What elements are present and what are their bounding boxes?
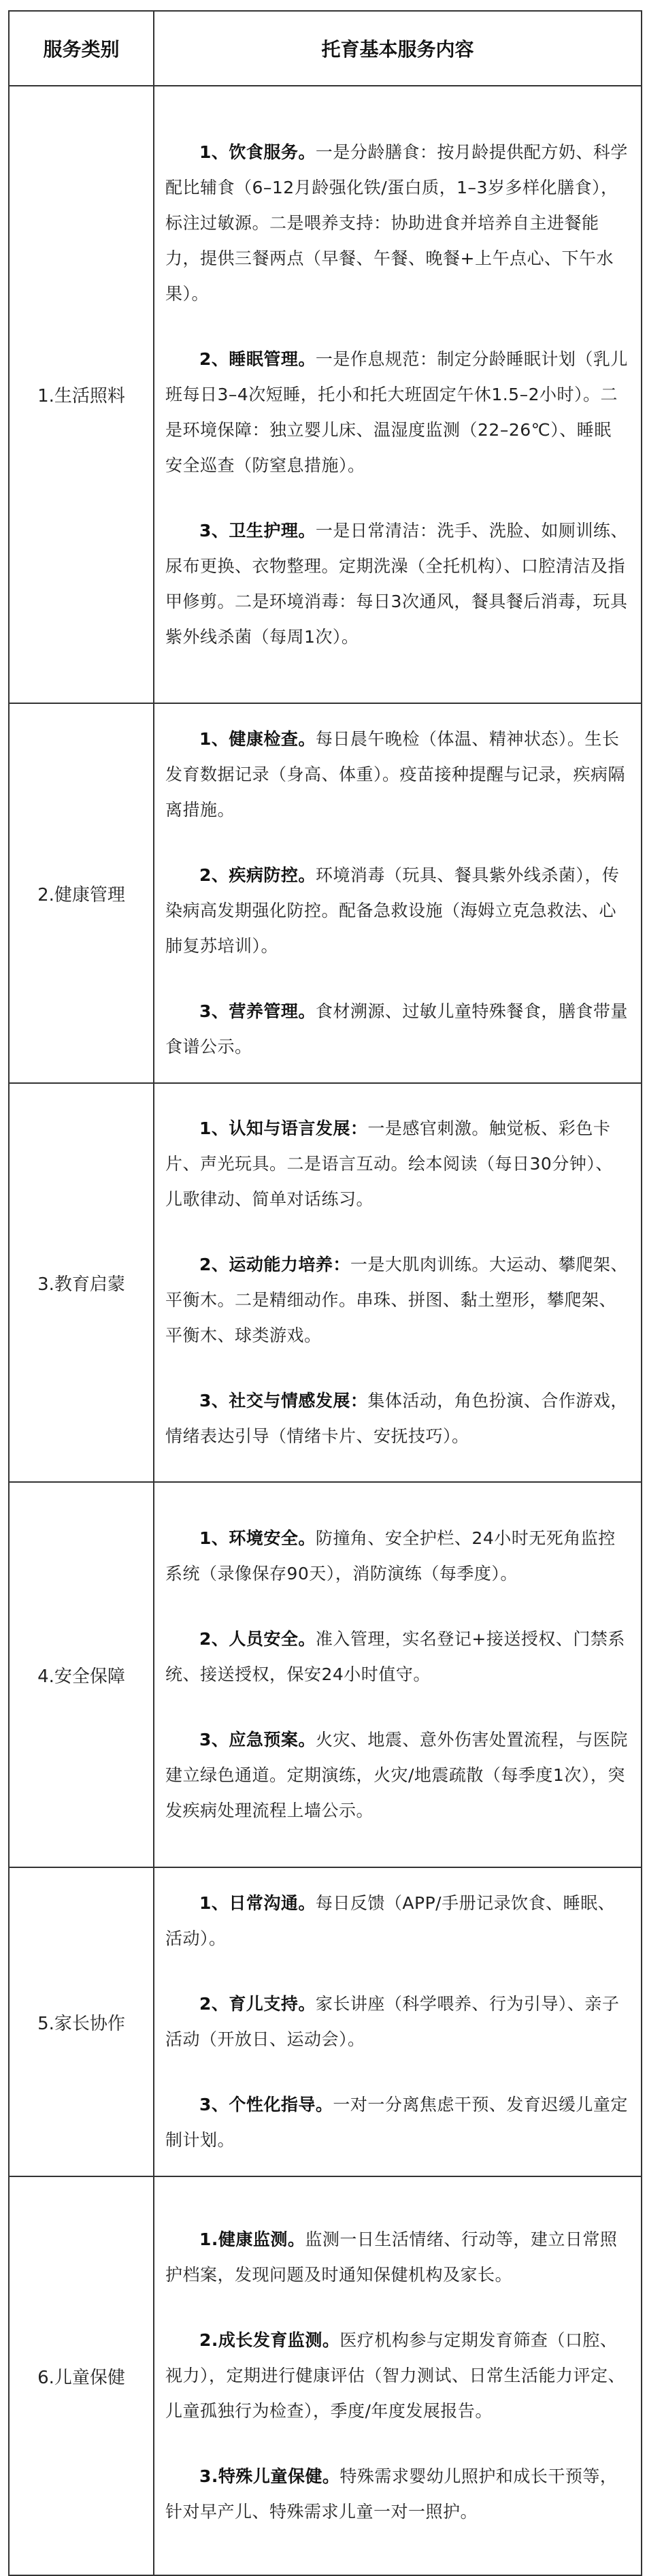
service-item: 2、疾病防控。环境消毒（玩具、餐具紫外线杀菌），传染病高发期强化防控。配备急救设… [165,858,629,964]
header-service-category: 服务类别 [9,11,154,86]
service-item: 1、健康检查。每日晨午晚检（体温、精神状态）。生长发育数据记录（身高、体重）。疫… [165,722,629,828]
table-row: 2.健康管理 1、健康检查。每日晨午晚检（体温、精神状态）。生长发育数据记录（身… [9,703,642,1083]
item-title: 1、认知与语言发展： [199,1118,367,1138]
content-cell: 1、饮食服务。一是分龄膳食：按月龄提供配方奶、科学配比辅食（6–12月龄强化铁/… [154,86,642,703]
table-row: 6.儿童保健 1.健康监测。监测一日生活情绪、行动等，建立日常照护档案，发现问题… [9,2176,642,2575]
service-item: 2、睡眠管理。一是作息规范：制定分龄睡眠计划（乳儿班每日3–4次短睡，托小和托大… [165,342,629,483]
item-title: 2、疾病防控。 [199,865,316,885]
category-cell: 1.生活照料 [9,86,154,703]
item-title: 2、人员安全。 [199,1629,316,1649]
service-item: 1、认知与语言发展：一是感官刺激。触觉板、彩色卡片、声光玩具。二是语言互动。绘本… [165,1111,629,1217]
item-title: 2.成长发育监测。 [199,2330,339,2350]
service-item: 3、个性化指导。一对一分离焦虑干预、发育迟缓儿童定制计划。 [165,2087,629,2158]
category-cell: 2.健康管理 [9,703,154,1083]
content-cell: 1.健康监测。监测一日生活情绪、行动等，建立日常照护档案，发现问题及时通知保健机… [154,2176,642,2575]
category-cell: 5.家长协作 [9,1867,154,2176]
table-row: 4.安全保障 1、环境安全。防撞角、安全护栏、24小时无死角监控系统（录像保存9… [9,1482,642,1867]
content-cell: 1、环境安全。防撞角、安全护栏、24小时无死角监控系统（录像保存90天），消防演… [154,1482,642,1867]
service-item: 1、日常沟通。每日反馈（APP/手册记录饮食、睡眠、活动）。 [165,1886,629,1957]
content-cell: 1、认知与语言发展：一是感官刺激。触觉板、彩色卡片、声光玩具。二是语言互动。绘本… [154,1083,642,1482]
item-text: 一是分龄膳食：按月龄提供配方奶、科学配比辅食（6–12月龄强化铁/蛋白质，1–3… [165,142,628,304]
item-title: 2、育儿支持。 [199,1994,316,2014]
service-item: 3、社交与情感发展：集体活动，角色扮演、合作游戏，情绪表达引导（情绪卡片、安抚技… [165,1383,629,1454]
table-row: 5.家长协作 1、日常沟通。每日反馈（APP/手册记录饮食、睡眠、活动）。 2、… [9,1867,642,2176]
item-title: 1、饮食服务。 [199,142,316,162]
item-title: 2、睡眠管理。 [199,349,316,369]
service-item: 3、营养管理。食材溯源、过敏儿童特殊餐食，膳食带量食谱公示。 [165,994,629,1065]
item-title: 1、环境安全。 [199,1528,316,1548]
service-item: 1.健康监测。监测一日生活情绪、行动等，建立日常照护档案，发现问题及时通知保健机… [165,2222,629,2293]
service-item: 2、人员安全。准入管理，实名登记+接送授权、门禁系统、接送授权，保安24小时值守… [165,1622,629,1692]
service-item: 2、育儿支持。家长讲座（科学喂养、行为引导）、亲子活动（开放日、运动会）。 [165,1986,629,2057]
service-item: 3、应急预案。火灾、地震、意外伤害处置流程，与医院建立绿色通道。定期演练，火灾/… [165,1722,629,1829]
item-title: 3、个性化指导。 [199,2095,333,2114]
item-title: 1.健康监测。 [199,2229,305,2249]
item-title: 3、营养管理。 [199,1001,316,1021]
item-title: 3.特殊儿童保健。 [199,2466,339,2486]
item-title: 3、应急预案。 [199,1730,316,1750]
service-item: 1、饮食服务。一是分龄膳食：按月龄提供配方奶、科学配比辅食（6–12月龄强化铁/… [165,135,629,312]
service-item: 3、卫生护理。一是日常清洁：洗手、洗脸、如厕训练、尿布更换、衣物整理。定期洗澡（… [165,513,629,655]
item-title: 2、运动能力培养： [199,1255,350,1274]
service-table: 服务类别 托育基本服务内容 1.生活照料 1、饮食服务。一是分龄膳食：按月龄提供… [8,10,642,2576]
table-row: 1.生活照料 1、饮食服务。一是分龄膳食：按月龄提供配方奶、科学配比辅食（6–1… [9,86,642,703]
item-title: 3、社交与情感发展： [199,1391,367,1411]
table-header-row: 服务类别 托育基本服务内容 [9,11,642,86]
content-cell: 1、健康检查。每日晨午晚检（体温、精神状态）。生长发育数据记录（身高、体重）。疫… [154,703,642,1083]
item-title: 1、健康检查。 [199,729,316,749]
table-row: 3.教育启蒙 1、认知与语言发展：一是感官刺激。触觉板、彩色卡片、声光玩具。二是… [9,1083,642,1482]
item-title: 3、卫生护理。 [199,521,316,541]
service-item: 1、环境安全。防撞角、安全护栏、24小时无死角监控系统（录像保存90天），消防演… [165,1521,629,1592]
category-cell: 6.儿童保健 [9,2176,154,2575]
category-cell: 3.教育启蒙 [9,1083,154,1482]
service-item: 3.特殊儿童保健。特殊需求婴幼儿照护和成长干预等，针对早产儿、特殊需求儿童一对一… [165,2459,629,2530]
category-cell: 4.安全保障 [9,1482,154,1867]
item-title: 1、日常沟通。 [199,1893,316,1913]
header-service-content: 托育基本服务内容 [154,11,642,86]
service-item: 2.成长发育监测。医疗机构参与定期发育筛查（口腔、视力），定期进行健康评估（智力… [165,2323,629,2429]
service-item: 2、运动能力培养：一是大肌肉训练。大运动、攀爬架、平衡木。二是精细动作。串珠、拼… [165,1247,629,1353]
content-cell: 1、日常沟通。每日反馈（APP/手册记录饮食、睡眠、活动）。 2、育儿支持。家长… [154,1867,642,2176]
